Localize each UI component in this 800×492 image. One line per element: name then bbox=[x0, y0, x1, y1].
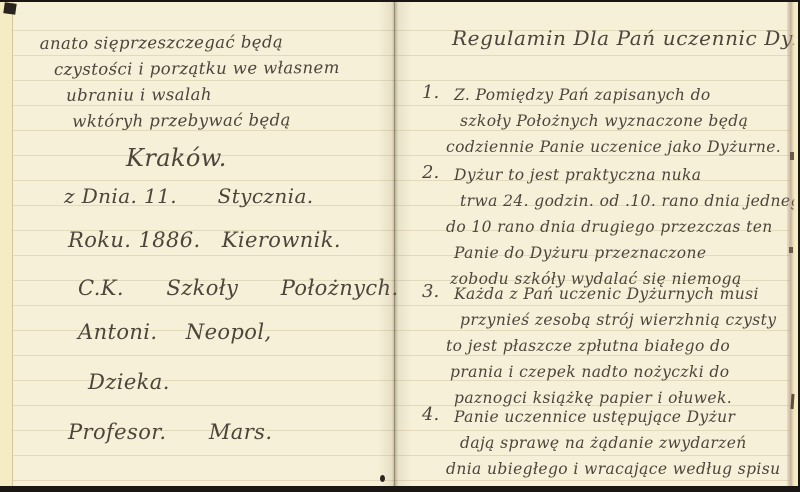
scan-artifact bbox=[790, 152, 794, 160]
binding-crease bbox=[394, 0, 395, 492]
handwritten-line: codziennie Panie uczenice jako Dyżurne. bbox=[446, 134, 781, 160]
handwritten-line: Panie uczennice ustępujące Dyżur bbox=[454, 404, 781, 430]
handwritten-paragraph: anato sięprzeszczegać będą czystości i p… bbox=[40, 29, 341, 135]
handwritten-line: anato sięprzeszczegać będą bbox=[40, 29, 340, 57]
binding-gutter bbox=[378, 0, 412, 492]
handwritten-line: wktóryh przebywać będą bbox=[72, 107, 340, 135]
scan-artifact bbox=[380, 475, 385, 482]
handwritten-line: szkoły Położnych wyznaczone będą bbox=[460, 108, 781, 134]
scan-artifact bbox=[3, 2, 16, 15]
scan-border-top bbox=[0, 0, 800, 2]
handwritten-line: prania i czepek nadto nożyczki do bbox=[450, 359, 776, 385]
year-line: Roku. 1886. Kierownik. bbox=[68, 228, 341, 252]
handwritten-line: trwa 24. godzin. od .10. rano dnia jedne… bbox=[460, 188, 800, 214]
handwritten-line: przynieś zesobą strój wierzhnią czysty bbox=[460, 307, 776, 333]
place-heading: Kraków. bbox=[126, 144, 227, 172]
school-line: C.K. Szkoły Położnych. bbox=[78, 276, 399, 300]
notebook-scan: anato sięprzeszczegać będą czystości i p… bbox=[0, 0, 800, 492]
handwritten-line: dnia ubiegłego i wracające według spisu bbox=[446, 456, 781, 482]
handwritten-line: czystości i porzątku we własnem bbox=[54, 55, 340, 83]
handwritten-line: Panie do Dyżuru przeznaczone bbox=[454, 240, 800, 266]
handwritten-line: Każda z Pań uczenic Dyżurnych musi bbox=[454, 281, 776, 307]
scan-artifact bbox=[789, 247, 793, 253]
handwritten-line: to jest płaszcze zpłutna białego do bbox=[446, 333, 776, 359]
handwritten-line: Dyżur to jest praktyczna nuka bbox=[454, 162, 800, 188]
rule-item-number: 4. bbox=[422, 404, 439, 425]
rule-item-number: 2. bbox=[422, 162, 439, 183]
professor-line: Profesor. Mars. bbox=[68, 420, 272, 444]
rule-item-number: 3. bbox=[422, 281, 439, 302]
date-line: z Dnia. 11. Stycznia. bbox=[64, 184, 314, 208]
right-page: Regulamin Dla Pań uczennic Dyżurnych 1. … bbox=[408, 0, 800, 492]
left-page: anato sięprzeszczegać będą czystości i p… bbox=[0, 0, 392, 492]
handwritten-line: Z. Pomiędzy Pań zapisanych do bbox=[454, 82, 781, 108]
name-line: Antoni. Neopol, bbox=[78, 320, 272, 344]
handwritten-line: ubraniu i wsalah bbox=[66, 81, 340, 109]
handwritten-line: do 10 rano dnia drugiego przezczas ten bbox=[446, 214, 800, 240]
handwritten-line: dają sprawę na żądanie zwydarzeń bbox=[460, 430, 781, 456]
scan-border-bottom bbox=[0, 486, 800, 492]
rule-item-number: 1. bbox=[422, 82, 439, 103]
dean-line: Dzieka. bbox=[88, 370, 170, 394]
regulation-title: Regulamin Dla Pań uczennic Dyżurnych bbox=[452, 26, 800, 50]
